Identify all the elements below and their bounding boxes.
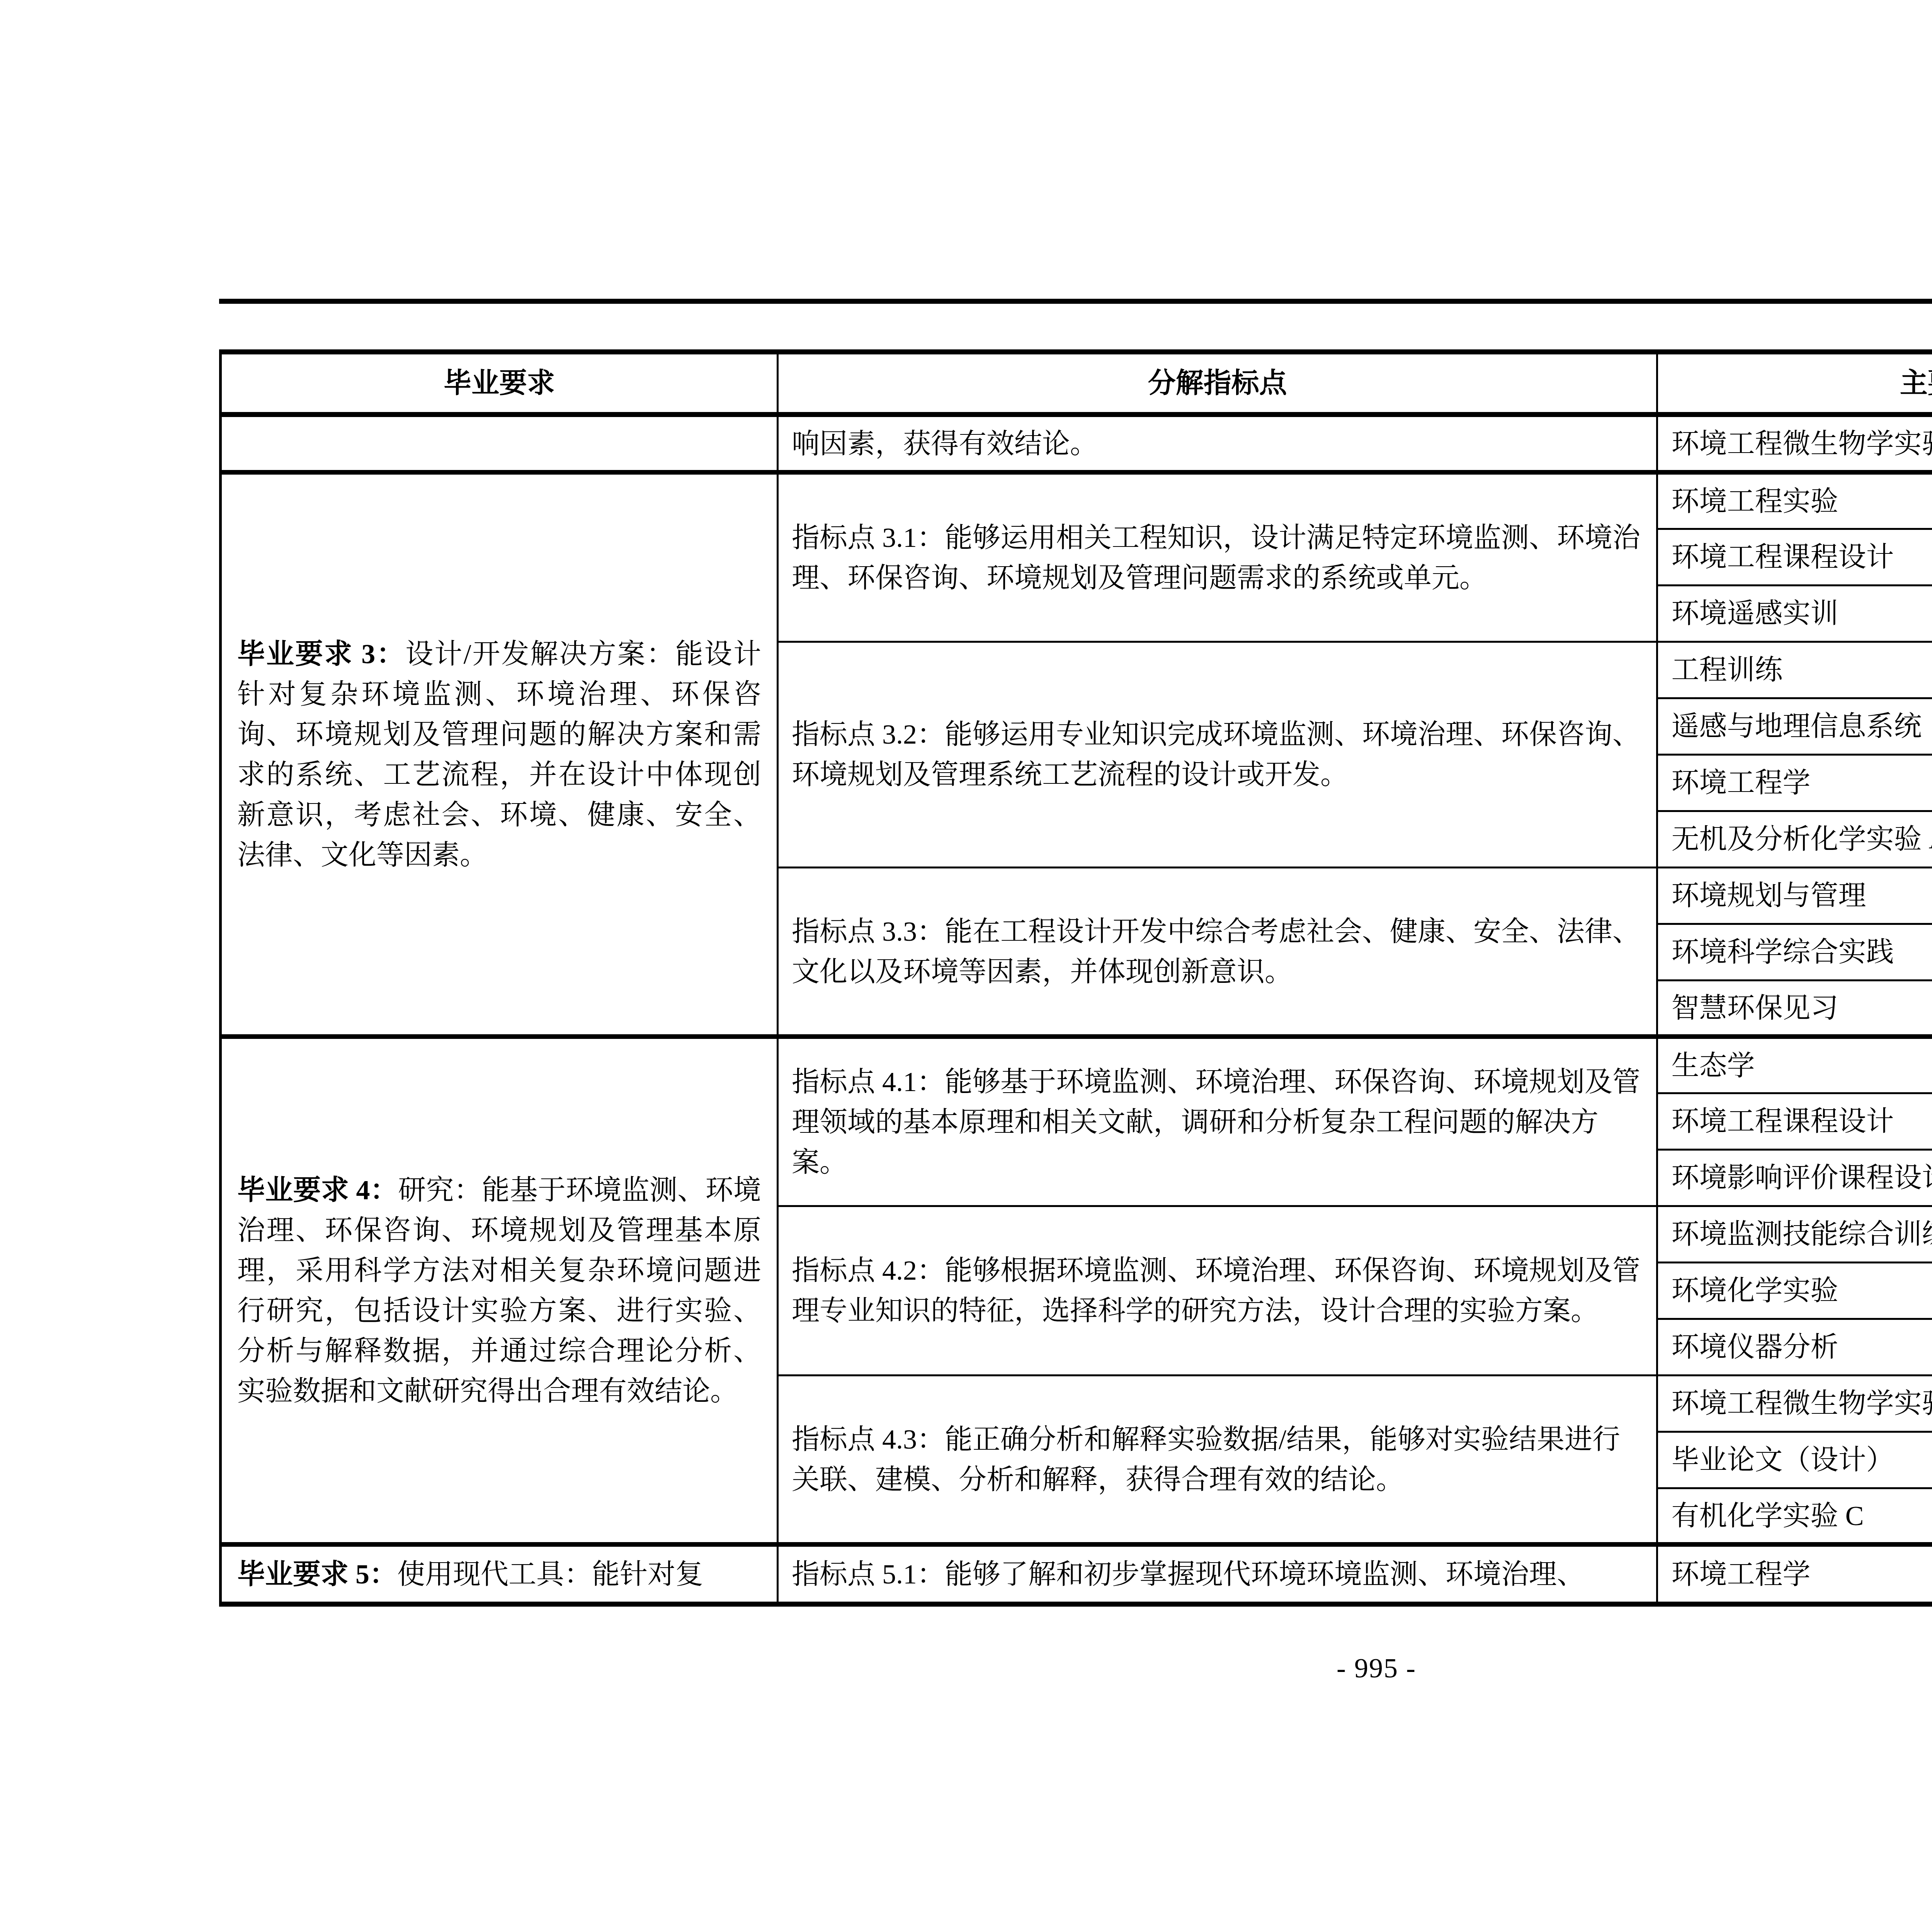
requirement-cell bbox=[221, 414, 778, 472]
course-cell: 智慧环保见习 bbox=[1657, 980, 1932, 1037]
requirement-number: 毕业要求 5： bbox=[237, 1559, 397, 1590]
page-header-title: 环境科学专业人才培养方案 bbox=[219, 0, 1932, 286]
table-row: 毕业要求 5：使用现代工具：能针对复指标点 5.1：能够了解和初步掌握现代环境环… bbox=[221, 1544, 1932, 1604]
header-rule bbox=[219, 299, 1932, 304]
course-cell: 生态学 bbox=[1657, 1037, 1932, 1093]
table-row: 毕业要求 3：设计/开发解决方案：能设计针对复杂环境监测、环境治理、环保咨询、环… bbox=[221, 472, 1932, 529]
course-cell: 环境遥感实训 bbox=[1657, 585, 1932, 642]
course-cell: 环境化学实验 bbox=[1657, 1262, 1932, 1319]
table-header-row: 毕业要求 分解指标点 主要支撑课程（教学环节）名称 bbox=[221, 352, 1932, 414]
indicator-cell: 指标点 3.1：能够运用相关工程知识，设计满足特定环境监测、环境治理、环保咨询、… bbox=[777, 472, 1657, 642]
requirement-text: 使用现代工具：能针对复 bbox=[397, 1559, 703, 1590]
indicator-cell: 指标点 3.3：能在工程设计开发中综合考虑社会、健康、安全、法律、文化以及环境等… bbox=[777, 867, 1657, 1037]
course-cell: 无机及分析化学实验 A bbox=[1657, 811, 1932, 867]
indicator-cell: 指标点 3.2：能够运用专业知识完成环境监测、环境治理、环保咨询、环境规划及管理… bbox=[777, 642, 1657, 867]
table-row: 响因素，获得有效结论。环境工程微生物学实验 bbox=[221, 414, 1932, 472]
course-cell: 环境工程课程设计 bbox=[1657, 1093, 1932, 1149]
course-cell: 环境仪器分析 bbox=[1657, 1319, 1932, 1375]
indicator-cell: 指标点 4.1：能够基于环境监测、环境治理、环保咨询、环境规划及管理领域的基本原… bbox=[777, 1037, 1657, 1206]
col-header-indicator: 分解指标点 bbox=[777, 352, 1657, 414]
indicator-cell: 指标点 5.1：能够了解和初步掌握现代环境环境监测、环境治理、 bbox=[777, 1544, 1657, 1604]
requirement-number: 毕业要求 4： bbox=[237, 1175, 398, 1205]
course-cell: 环境科学综合实践 bbox=[1657, 924, 1932, 980]
col-header-requirement: 毕业要求 bbox=[221, 352, 778, 414]
course-cell: 环境监测技能综合训练 bbox=[1657, 1206, 1932, 1262]
course-cell: 环境工程学 bbox=[1657, 1544, 1932, 1604]
indicator-cell: 指标点 4.2：能够根据环境监测、环境治理、环保咨询、环境规划及管理专业知识的特… bbox=[777, 1206, 1657, 1375]
requirement-text: 设计/开发解决方案：能设计针对复杂环境监测、环境治理、环保咨询、环境规划及管理问… bbox=[237, 638, 761, 870]
course-cell: 有机化学实验 C bbox=[1657, 1488, 1932, 1544]
page-number: - 995 - bbox=[219, 1652, 1932, 1684]
course-cell: 环境影响评价课程设计 bbox=[1657, 1149, 1932, 1206]
requirement-cell: 毕业要求 5：使用现代工具：能针对复 bbox=[221, 1544, 778, 1604]
document-page: 环境科学专业人才培养方案 毕业要求 分解指标点 主要支撑课程（教学环节）名称 响… bbox=[0, 0, 1932, 1917]
table-body: 响因素，获得有效结论。环境工程微生物学实验毕业要求 3：设计/开发解决方案：能设… bbox=[221, 414, 1932, 1604]
col-header-courses: 主要支撑课程（教学环节）名称 bbox=[1657, 352, 1932, 414]
course-cell: 环境工程课程设计 bbox=[1657, 529, 1932, 585]
course-cell: 环境工程微生物学实验 bbox=[1657, 1375, 1932, 1432]
table-header: 毕业要求 分解指标点 主要支撑课程（教学环节）名称 bbox=[221, 352, 1932, 414]
requirements-table: 毕业要求 分解指标点 主要支撑课程（教学环节）名称 响因素，获得有效结论。环境工… bbox=[219, 349, 1932, 1607]
course-cell: 环境工程微生物学实验 bbox=[1657, 414, 1932, 472]
course-cell: 遥感与地理信息系统 bbox=[1657, 698, 1932, 754]
indicator-cell: 指标点 4.3：能正确分析和解释实验数据/结果，能够对实验结果进行关联、建模、分… bbox=[777, 1375, 1657, 1544]
course-cell: 环境工程学 bbox=[1657, 754, 1932, 811]
requirement-text: 研究：能基于环境监测、环境治理、环保咨询、环境规划及管理基本原理，采用科学方法对… bbox=[237, 1175, 761, 1406]
requirement-cell: 毕业要求 3：设计/开发解决方案：能设计针对复杂环境监测、环境治理、环保咨询、环… bbox=[221, 472, 778, 1037]
course-cell: 环境工程实验 bbox=[1657, 472, 1932, 529]
course-cell: 环境规划与管理 bbox=[1657, 867, 1932, 924]
table-row: 毕业要求 4：研究：能基于环境监测、环境治理、环保咨询、环境规划及管理基本原理，… bbox=[221, 1037, 1932, 1093]
requirement-number: 毕业要求 3： bbox=[237, 638, 405, 669]
course-cell: 工程训练 bbox=[1657, 642, 1932, 698]
course-cell: 毕业论文（设计） bbox=[1657, 1432, 1932, 1488]
requirement-cell: 毕业要求 4：研究：能基于环境监测、环境治理、环保咨询、环境规划及管理基本原理，… bbox=[221, 1037, 778, 1544]
page-content: 环境科学专业人才培养方案 毕业要求 分解指标点 主要支撑课程（教学环节）名称 响… bbox=[219, 0, 1932, 1684]
indicator-cell: 响因素，获得有效结论。 bbox=[777, 414, 1657, 472]
